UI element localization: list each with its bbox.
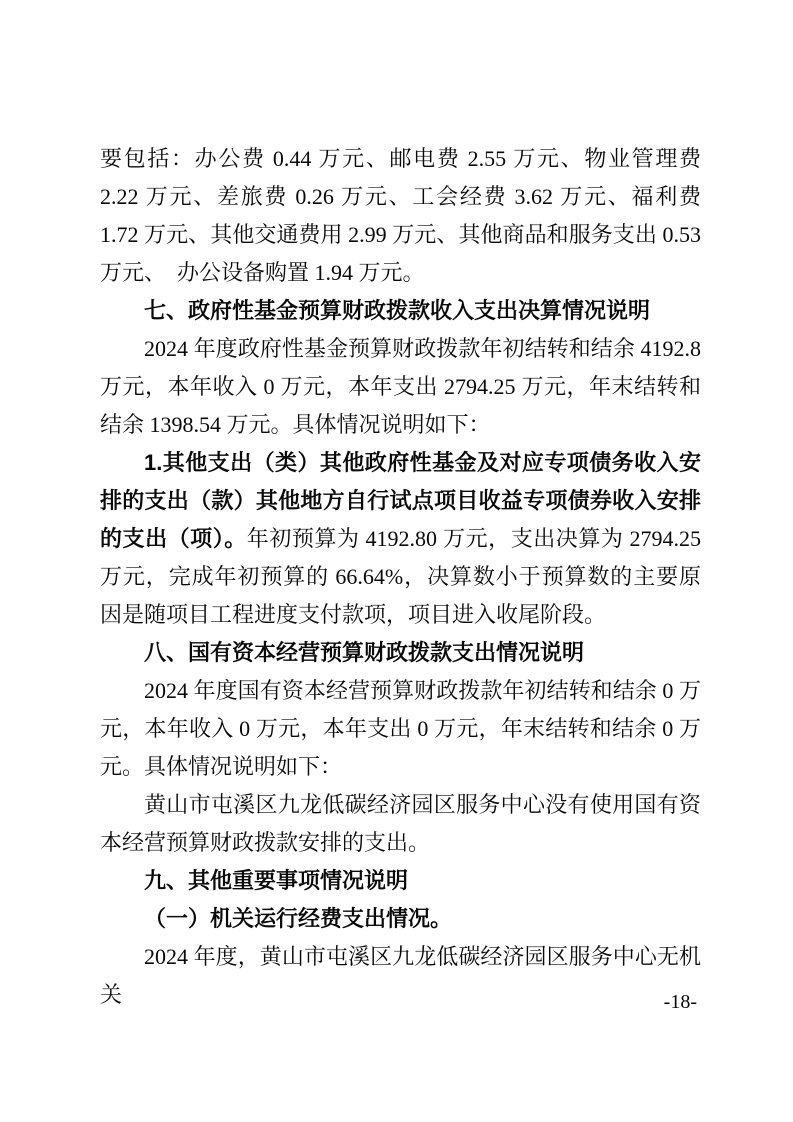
document-content: 要包括：办公费 0.44 万元、邮电费 2.55 万元、物业管理费 2.22 万… bbox=[100, 140, 701, 1014]
page-number: -18- bbox=[664, 990, 697, 1014]
paragraph-state-capital-detail: 黄山市屯溪区九龙低碳经济园区服务中心没有使用国有资本经营预算财政拨款安排的支出。 bbox=[100, 786, 701, 862]
document-page: 要包括：办公费 0.44 万元、邮电费 2.55 万元、物业管理费 2.22 万… bbox=[0, 0, 793, 1122]
paragraph-state-capital-summary: 2024 年度国有资本经营预算财政拨款年初结转和结余 0 万元，本年收入 0 万… bbox=[100, 672, 701, 786]
paragraph-expense-breakdown-continued: 要包括：办公费 0.44 万元、邮电费 2.55 万元、物业管理费 2.22 万… bbox=[100, 140, 701, 292]
heading-section-7: 七、政府性基金预算财政拨款收入支出决算情况说明 bbox=[100, 292, 701, 330]
heading-section-8: 八、国有资本经营预算财政拨款支出情况说明 bbox=[100, 634, 701, 672]
paragraph-govfund-budget-summary: 2024 年度政府性基金预算财政拨款年初结转和结余 4192.8 万元，本年收入… bbox=[100, 330, 701, 444]
heading-subsection-1: （一）机关运行经费支出情况。 bbox=[100, 900, 701, 938]
heading-section-9: 九、其他重要事项情况说明 bbox=[100, 862, 701, 900]
paragraph-other-expenditure-item: 1.其他支出（类）其他政府性基金及对应专项债务收入安排的支出（款）其他地方自行试… bbox=[100, 444, 701, 634]
paragraph-agency-operating-funds: 2024 年度，黄山市屯溪区九龙低碳经济园区服务中心无机关 bbox=[100, 938, 701, 1014]
